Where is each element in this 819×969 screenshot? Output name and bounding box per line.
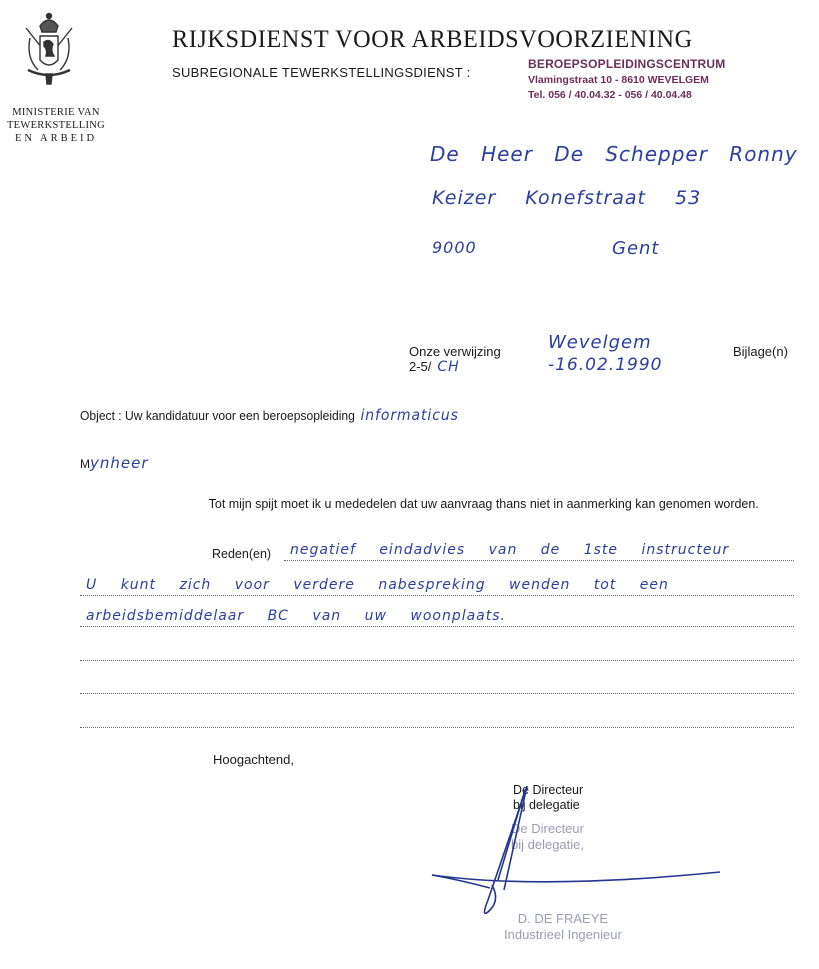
- reason-line-text: negatief eindadvies van de 1ste instruct…: [290, 542, 729, 558]
- object-value: informaticus: [360, 406, 458, 424]
- coat-of-arms-icon: [20, 8, 78, 98]
- reason-dotted-line: [80, 595, 794, 596]
- closing: Hoogachtend,: [213, 752, 294, 767]
- handwritten-signature: [420, 780, 720, 920]
- reason-dotted-line: [80, 660, 794, 661]
- ministry-line-1: MINISTERIE VAN: [6, 106, 106, 119]
- recipient-name: De Heer De Schepper Ronny: [430, 142, 798, 166]
- reference-code-initials: CH: [437, 359, 459, 375]
- reference-label: Onze verwijzing: [409, 344, 501, 359]
- training-center-stamp: BEROEPSOPLEIDINGSCENTRUM Vlamingstraat 1…: [528, 57, 726, 101]
- letter-place: Wevelgem: [548, 332, 652, 353]
- salutation: Mynheer: [80, 454, 149, 472]
- object-label: Object : Uw kandidatuur voor een beroeps…: [80, 408, 355, 423]
- subregional-service: SUBREGIONALE TEWERKSTELLINGSDIENST :: [172, 65, 471, 80]
- reasons-label: Reden(en): [212, 547, 271, 561]
- stamp-phone: Tel. 056 / 40.04.32 - 056 / 40.04.48: [528, 89, 726, 101]
- reason-dotted-line: [80, 693, 794, 694]
- object-line: Object : Uw kandidatuur voor een beroeps…: [80, 406, 459, 424]
- signer-stamp: D. DE FRAEYE Industrieel Ingenieur: [504, 911, 622, 943]
- salutation-handwritten: ynheer: [90, 454, 149, 472]
- letter-date: -16.02.1990: [548, 355, 662, 375]
- signer-role: Industrieel Ingenieur: [504, 927, 622, 943]
- reason-line-text: arbeidsbemiddelaar BC van uw woonplaats.: [86, 608, 506, 624]
- reference-code-prefix: 2-5/: [409, 359, 431, 374]
- reason-line-text: U kunt zich voor verdere nabespreking we…: [86, 577, 669, 593]
- reason-dotted-line: [80, 727, 794, 728]
- attachments-label: Bijlage(n): [733, 344, 788, 359]
- reason-dotted-line: [284, 560, 794, 561]
- recipient-city: Gent: [612, 238, 660, 259]
- recipient-street: Keizer Konefstraat 53: [432, 187, 701, 209]
- stamp-name: BEROEPSOPLEIDINGSCENTRUM: [528, 57, 726, 71]
- reason-dotted-line: [80, 626, 794, 627]
- ministry-line-3: EN ARBEID: [6, 132, 106, 145]
- stamp-address: Vlamingstraat 10 - 8610 WEVELGEM: [528, 74, 726, 86]
- body-paragraph-text: Tot mijn spijt moet ik u mededelen dat u…: [209, 496, 759, 511]
- signer-name: D. DE FRAEYE: [504, 911, 622, 927]
- recipient-postcode: 9000: [432, 238, 477, 257]
- salutation-prefix: M: [80, 457, 90, 471]
- body-paragraph: Tot mijn spijt moet ik u mededelen dat u…: [80, 494, 765, 513]
- reference-code: 2-5/CH: [409, 359, 460, 375]
- ministry-line-2: TEWERKSTELLING: [6, 119, 106, 132]
- agency-title: RIJKSDIENST VOOR ARBEIDSVOORZIENING: [172, 26, 693, 54]
- ministry-name: MINISTERIE VAN TEWERKSTELLING EN ARBEID: [6, 106, 106, 145]
